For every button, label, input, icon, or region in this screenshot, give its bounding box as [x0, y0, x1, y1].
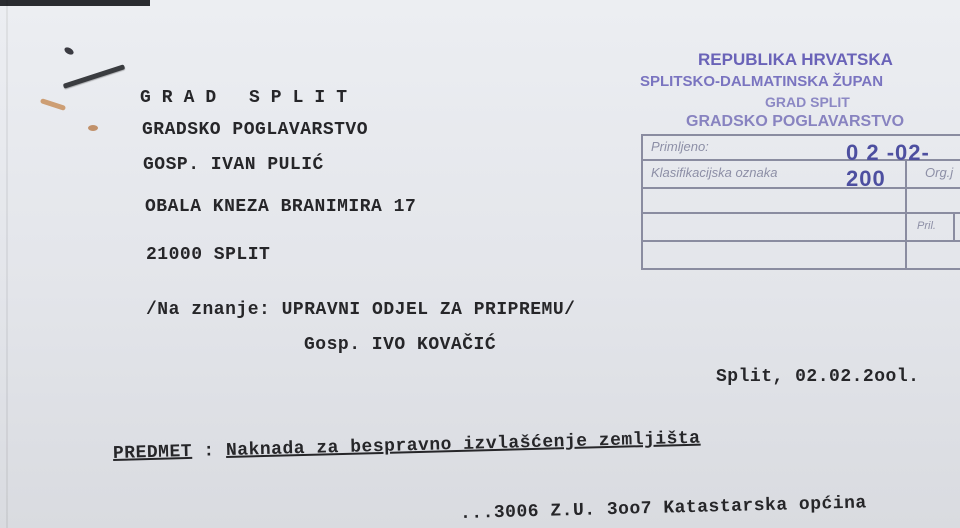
rust-stain [40, 98, 66, 111]
date-line: Split, 02.02.2ool. [716, 367, 919, 387]
subject-line: PREDMET : Naknada za bespravno izvlašćen… [113, 429, 701, 464]
staple [63, 64, 125, 89]
recipient-office: GRADSKO POGLAVARSTVO [142, 120, 368, 140]
cc-line: /Na znanje: UPRAVNI ODJEL ZA PRIPREMU/ [146, 300, 575, 320]
registry-stamp-box: Primljeno: 0 2 -02- 200 Klasifikacijska … [641, 134, 960, 269]
subject-separator: : [192, 441, 226, 462]
stamp-line-1: REPUBLIKA HRVATSKA [698, 50, 893, 70]
cc-name: Gosp. IVO KOVAČIĆ [304, 335, 496, 355]
rust-stain [88, 125, 98, 131]
stamp-line-2: SPLITSKO-DALMATINSKA ŽUPAN [640, 73, 883, 90]
classification-label: Klasifikacijska oznaka [651, 165, 777, 180]
recipient-name: GOSP. IVAN PULIĆ [143, 155, 324, 175]
body-text-partial: ...3006 Z.U. 3oo7 Katastarska općina [460, 493, 867, 524]
subject-label: PREDMET [113, 442, 193, 464]
received-label: Primljeno: [651, 139, 709, 154]
paper-fold [6, 0, 8, 528]
recipient-postal: 21000 SPLIT [146, 245, 270, 265]
recipient-street: OBALA KNEZA BRANIMIRA 17 [145, 197, 416, 217]
subject-text: Naknada za bespravno izvlašćenje zemljiš… [226, 429, 701, 461]
org-label: Org.j [925, 165, 953, 180]
recipient-city: GRAD SPLIT [140, 88, 358, 108]
stamp-line-3: GRAD SPLIT [765, 94, 850, 110]
stamp-line-4: GRADSKO POGLAVARSTVO [686, 113, 904, 131]
attachments-label: Pril. [917, 220, 936, 232]
punch-hole [63, 46, 75, 56]
photo-edge [0, 0, 150, 6]
